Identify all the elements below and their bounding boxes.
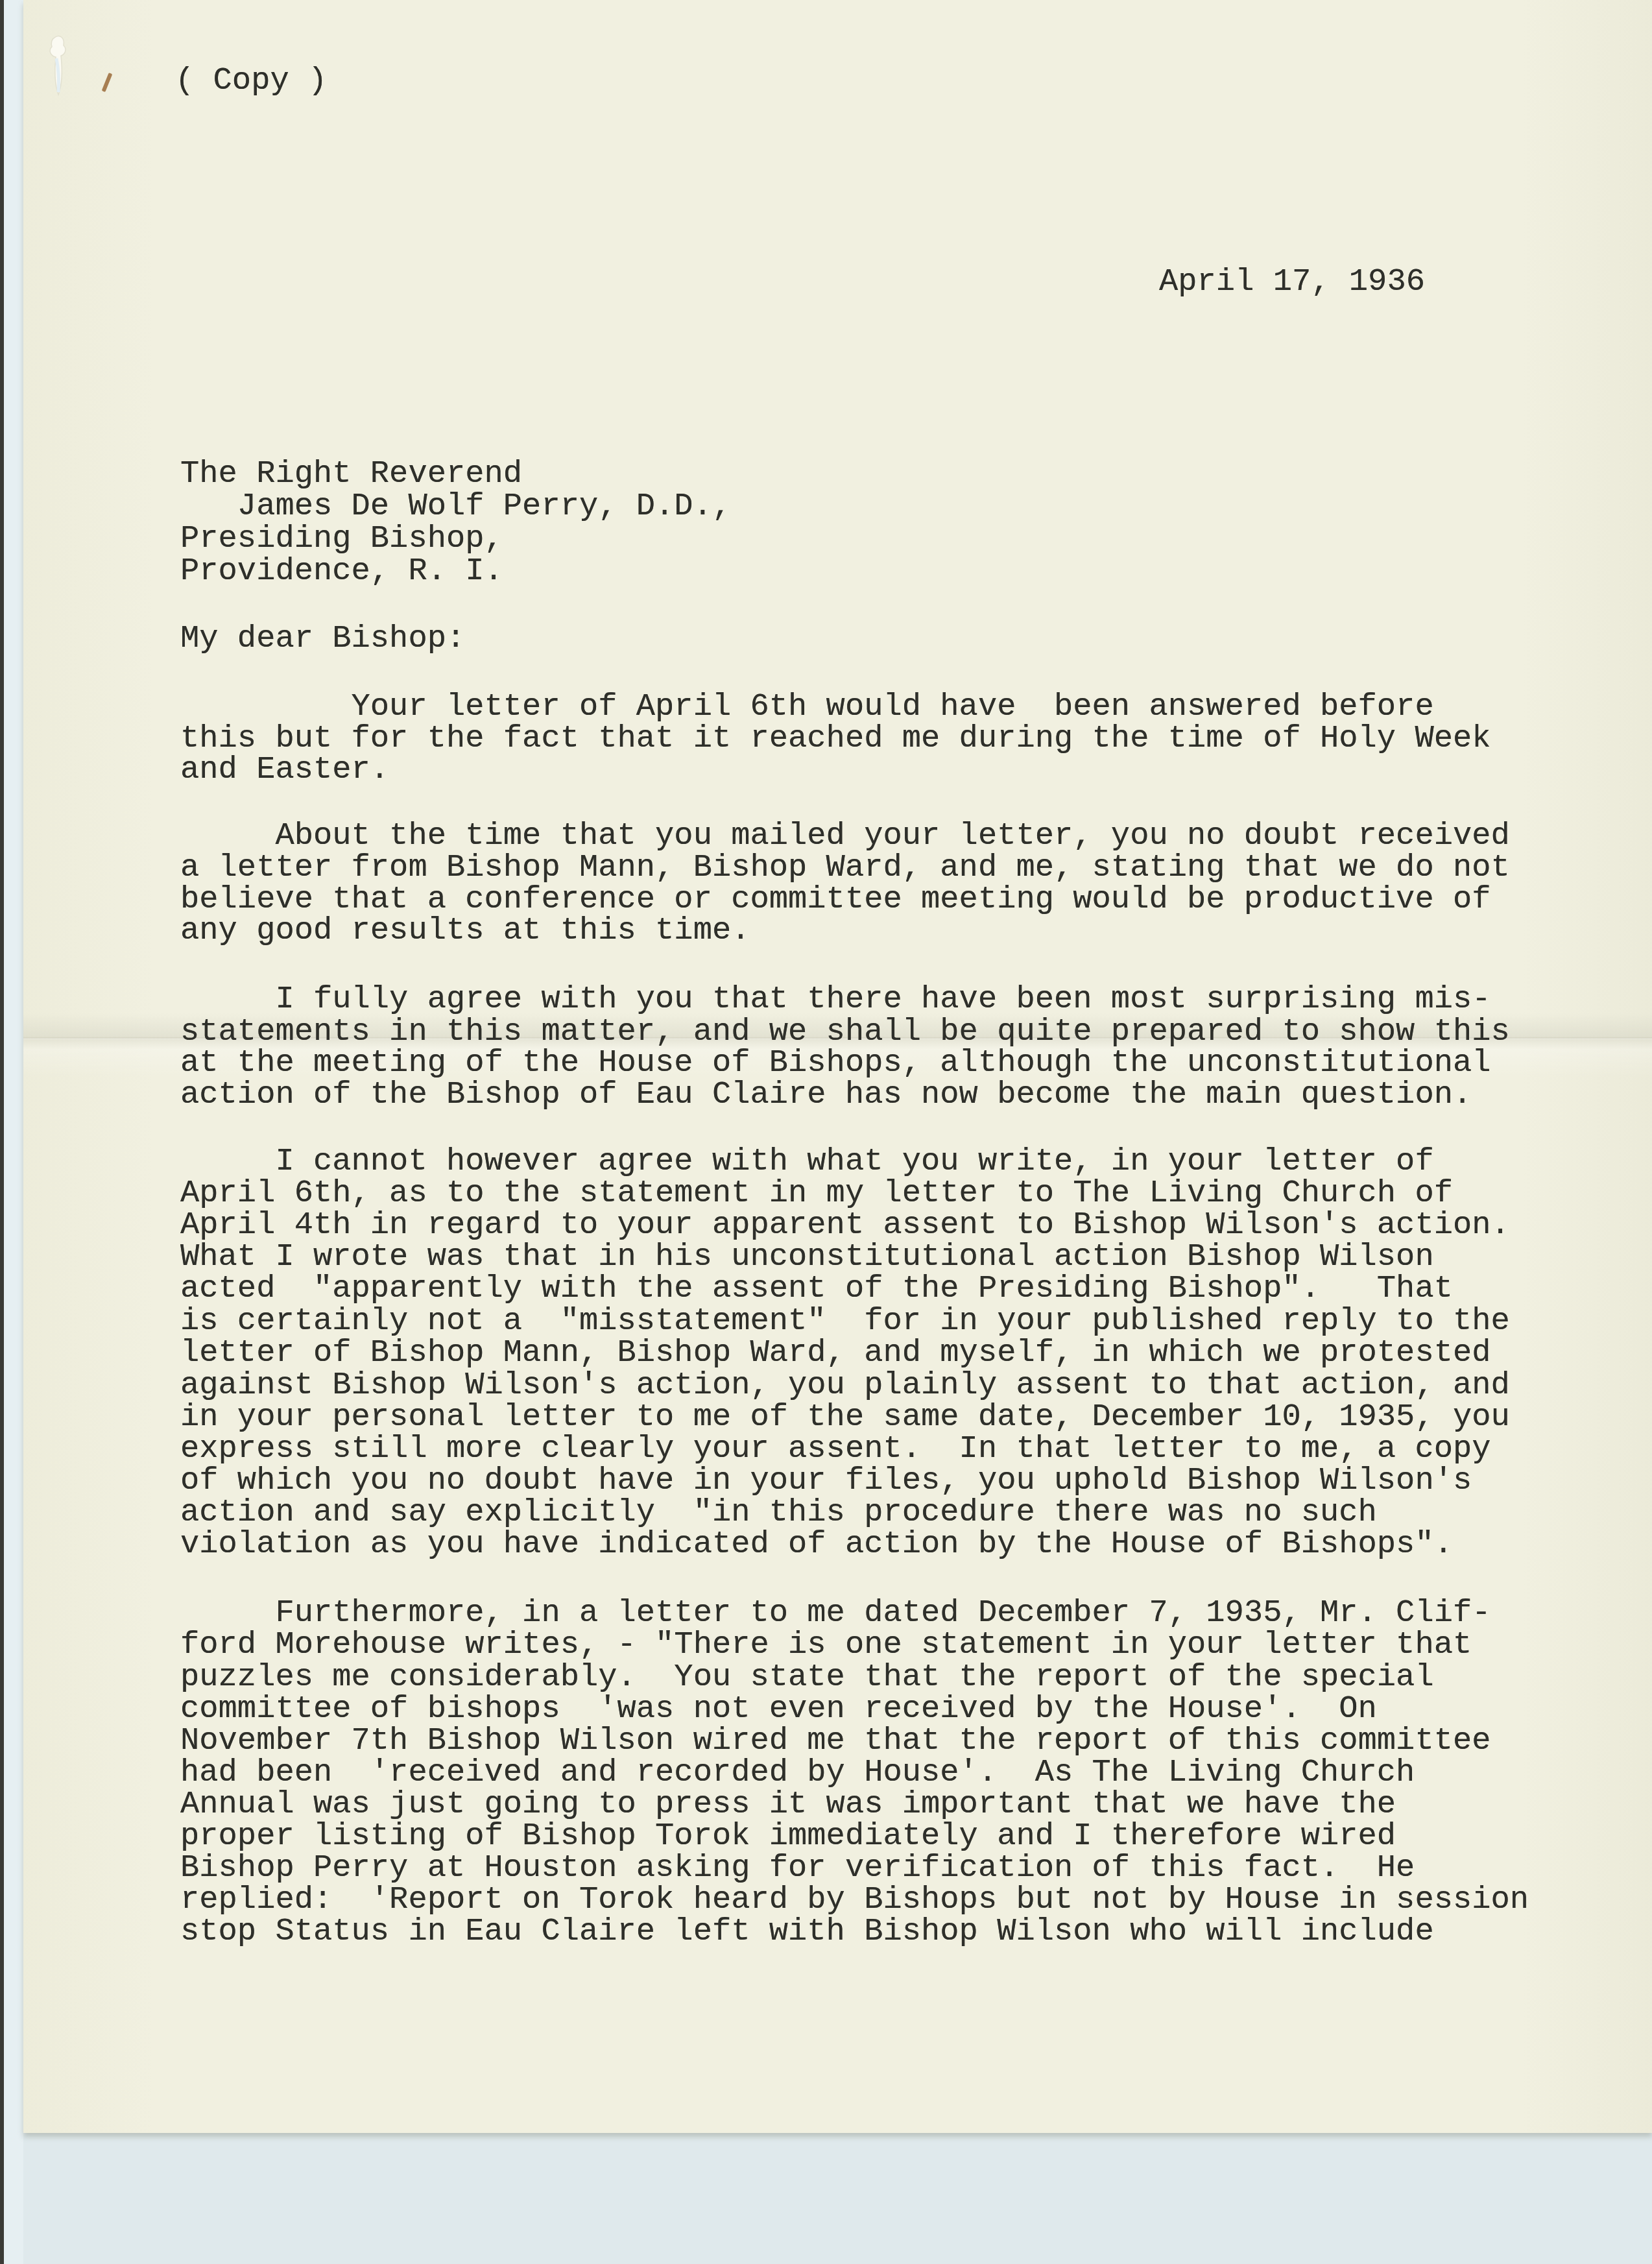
body-line: April 6th, as to the statement in my let… — [180, 1177, 1453, 1209]
torn-punch-mark-icon — [45, 32, 71, 97]
body-line: What I wrote was that in his unconstitut… — [180, 1241, 1434, 1273]
body-line: About the time that you mailed your lett… — [180, 820, 1510, 852]
body-line: had been 'received and recorded by House… — [180, 1757, 1415, 1788]
body-line: a letter from Bishop Mann, Bishop Ward, … — [180, 852, 1510, 884]
body-line: believe that a conference or committee m… — [180, 884, 1491, 915]
body-line: of which you no doubt have in your files… — [180, 1465, 1472, 1497]
body-line: Furthermore, in a letter to me dated Dec… — [180, 1597, 1491, 1629]
body-line: letter of Bishop Mann, Bishop Ward, and … — [180, 1337, 1491, 1369]
address-line: Presiding Bishop, — [180, 523, 503, 555]
body-line: Your letter of April 6th would have been… — [180, 691, 1434, 723]
address-line: Providence, R. I. — [180, 555, 503, 587]
body-line: November 7th Bishop Wilson wired me that… — [180, 1725, 1491, 1757]
body-line: Annual was just going to press it was im… — [180, 1788, 1396, 1820]
body-line: and Easter. — [180, 754, 389, 786]
body-line: replied: 'Report on Torok heard by Bisho… — [180, 1884, 1529, 1916]
body-line: express still more clearly your assent. … — [180, 1433, 1491, 1465]
body-line: any good results at this time. — [180, 915, 750, 946]
body-line: at the meeting of the House of Bishops, … — [180, 1047, 1491, 1079]
body-line: action of the Bishop of Eau Claire has n… — [180, 1079, 1472, 1111]
body-line: April 4th in regard to your apparent ass… — [180, 1209, 1510, 1241]
body-line: stop Status in Eau Claire left with Bish… — [180, 1916, 1434, 1947]
body-line: this but for the fact that it reached me… — [180, 723, 1491, 754]
address-line: The Right Reverend — [180, 458, 522, 490]
body-line: I fully agree with you that there have b… — [180, 983, 1491, 1015]
body-line: is certainly not a "misstatement" for in… — [180, 1305, 1510, 1337]
body-line: puzzles me considerably. You state that … — [180, 1661, 1434, 1693]
scanner-edge-light — [4, 0, 23, 2264]
body-line: Bishop Perry at Houston asking for verif… — [180, 1852, 1415, 1884]
copy-label: ( Copy ) — [175, 65, 327, 97]
body-line: action and say explicitly "in this proce… — [180, 1497, 1377, 1528]
address-line: James De Wolf Perry, D.D., — [180, 490, 731, 522]
body-line: ford Morehouse writes, - "There is one s… — [180, 1629, 1472, 1661]
body-line: acted "apparently with the assent of the… — [180, 1273, 1453, 1305]
body-line: proper listing of Bishop Torok immediate… — [180, 1820, 1396, 1852]
letter-date: April 17, 1936 — [1159, 266, 1425, 298]
body-line: I cannot however agree with what you wri… — [180, 1146, 1434, 1177]
body-line: committee of bishops 'was not even recei… — [180, 1693, 1377, 1725]
body-line: in your personal letter to me of the sam… — [180, 1401, 1510, 1433]
body-line: violation as you have indicated of actio… — [180, 1528, 1453, 1560]
body-line: against Bishop Wilson's action, you plai… — [180, 1369, 1510, 1401]
salutation: My dear Bishop: — [180, 623, 465, 655]
body-line: statements in this matter, and we shall … — [180, 1016, 1510, 1048]
